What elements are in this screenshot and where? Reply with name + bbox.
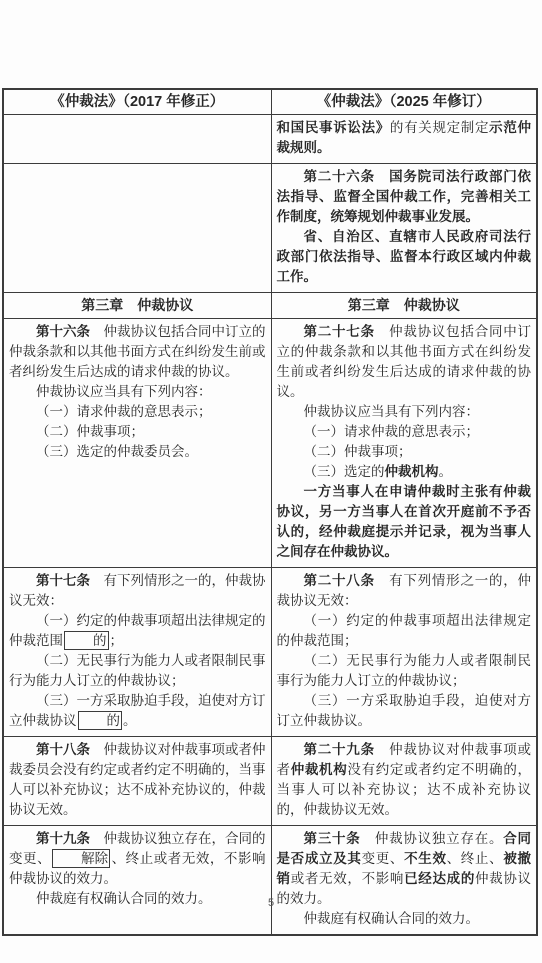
chapter-heading-2025: 第三章 仲裁协议 — [271, 293, 537, 319]
header-cell-2017: 《仲裁法》（2017 年修正） — [3, 89, 271, 115]
table-row-article-19-vs-30: 第十九条 仲裁协议独立存在，合同的变更、解除、终止或者无效，不影响仲裁协议的效力… — [3, 826, 537, 936]
law-comparison-table: 《仲裁法》（2017 年修正） 《仲裁法》（2025 年修订） 和国民事诉讼法》… — [2, 88, 538, 936]
cell-2025-article-30: 第三十条 仲裁协议独立存在。合同是否成立及其变更、不生效、终止、被撤销或者无效，… — [271, 826, 537, 936]
cell-2017-article-18: 第十八条 仲裁协议对仲裁事项或者仲裁委员会没有约定或者约定不明确的，当事人可以补… — [3, 737, 271, 826]
cell-2025-article-29: 第二十九条 仲裁协议对仲裁事项或者仲裁机构没有约定或者约定不明确的，当事人可以补… — [271, 737, 537, 826]
cell-2017-article-26 — [3, 164, 271, 293]
cell-2017-article-17: 第十七条 有下列情形之一的，仲裁协议无效：（一）约定的仲裁事项超出法律规定的仲裁… — [3, 568, 271, 737]
cell-2025-article-27: 第二十七条 仲裁协议包括合同中订立的仲裁条款和以其他书面方式在纠纷发生前或者纠纷… — [271, 319, 537, 568]
document-page: 《仲裁法》（2017 年修正） 《仲裁法》（2025 年修订） 和国民事诉讼法》… — [0, 0, 542, 963]
table-row-article-26: 第二十六条 国务院司法行政部门依法指导、监督全国仲裁工作，完善相关工作制度，统筹… — [3, 164, 537, 293]
header-cell-2025: 《仲裁法》（2025 年修订） — [271, 89, 537, 115]
chapter-heading-row: 第三章 仲裁协议 第三章 仲裁协议 — [3, 293, 537, 319]
page-number: 5 — [0, 897, 542, 909]
cell-2017-article-16: 第十六条 仲裁协议包括合同中订立的仲裁条款和以其他书面方式在纠纷发生前或者纠纷发… — [3, 319, 271, 568]
table-row-article-17-vs-28: 第十七条 有下列情形之一的，仲裁协议无效：（一）约定的仲裁事项超出法律规定的仲裁… — [3, 568, 537, 737]
table-row-article-18-vs-29: 第十八条 仲裁协议对仲裁事项或者仲裁委员会没有约定或者约定不明确的，当事人可以补… — [3, 737, 537, 826]
table-row-article-16-vs-27: 第十六条 仲裁协议包括合同中订立的仲裁条款和以其他书面方式在纠纷发生前或者纠纷发… — [3, 319, 537, 568]
cell-2025-article-28: 第二十八条 有下列情形之一的，仲裁协议无效：（一）约定的仲裁事项超出法律规定的仲… — [271, 568, 537, 737]
chapter-heading-2017: 第三章 仲裁协议 — [3, 293, 271, 319]
cell-2025-article-26: 第二十六条 国务院司法行政部门依法指导、监督全国仲裁工作，完善相关工作制度，统筹… — [271, 164, 537, 293]
cell-2017-article-19: 第十九条 仲裁协议独立存在，合同的变更、解除、终止或者无效，不影响仲裁协议的效力… — [3, 826, 271, 936]
cell-2017-continuation — [3, 115, 271, 164]
table-row-continuation: 和国民事诉讼法》的有关规定制定示范仲裁规则。 — [3, 115, 537, 164]
cell-2025-continuation: 和国民事诉讼法》的有关规定制定示范仲裁规则。 — [271, 115, 537, 164]
table-header-row: 《仲裁法》（2017 年修正） 《仲裁法》（2025 年修订） — [3, 89, 537, 115]
